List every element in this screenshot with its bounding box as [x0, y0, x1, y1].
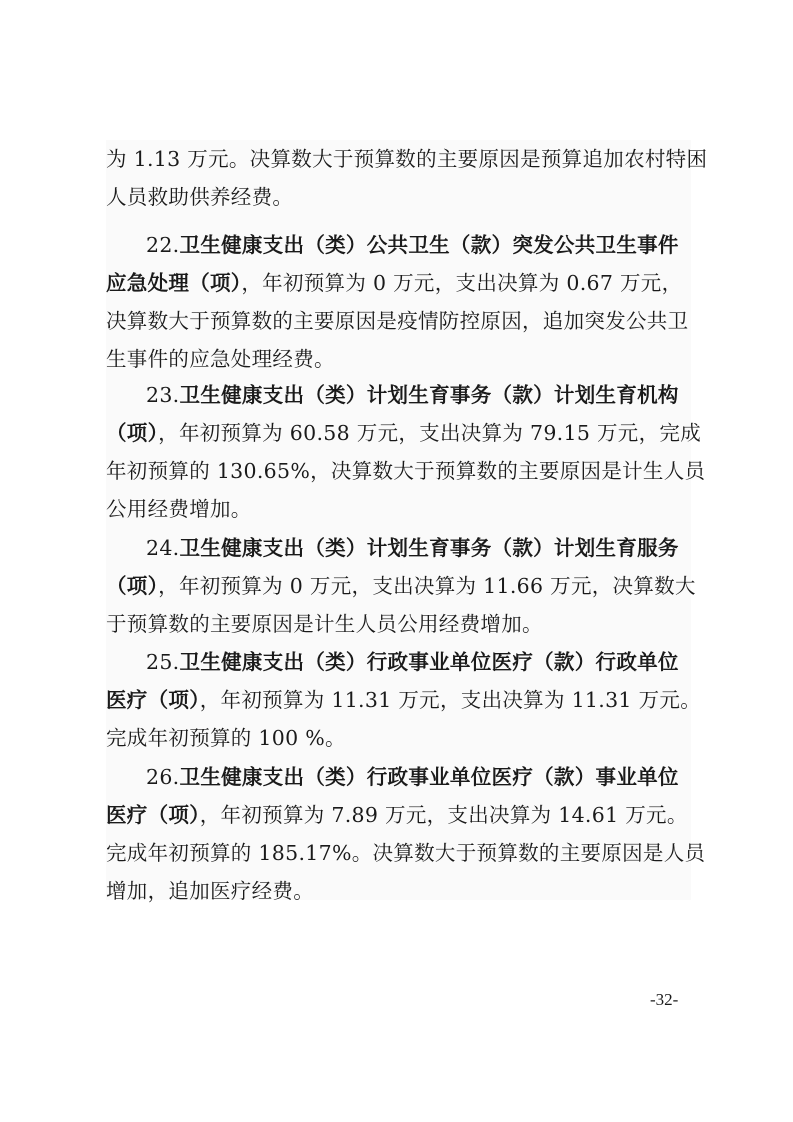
- body-text: 公用经费增加。: [106, 497, 252, 521]
- body-text: 25.: [146, 650, 180, 674]
- paragraph-heading-line: 22.卫生健康支出（类）公共卫生（款）突发公共卫生事件: [106, 226, 691, 264]
- body-text: 完成年初预算的 100 %。: [106, 726, 346, 750]
- text-line: 于预算数的主要原因是计生人员公用经费增加。: [106, 605, 691, 643]
- body-text: 26.: [146, 765, 180, 789]
- bold-text: 应急处理（项）: [106, 271, 241, 295]
- bold-text: （项）: [106, 574, 158, 598]
- bold-text: 医疗（项）: [106, 688, 200, 712]
- text-line: 生事件的应急处理经费。: [106, 340, 691, 378]
- text-line: 完成年初预算的 185.17%。决算数大于预算数的主要原因是人员: [106, 834, 691, 872]
- bold-text: （项）: [106, 421, 158, 445]
- body-text: 23.: [146, 383, 180, 407]
- paragraph-heading-line: 23.卫生健康支出（类）计划生育事务（款）计划生育机构: [106, 376, 691, 414]
- document-body: 为 1.13 万元。决算数大于预算数的主要原因是预算追加农村特困人员救助供养经费…: [106, 140, 691, 900]
- body-text: 24.: [146, 536, 180, 560]
- paragraph-heading-line: 26.卫生健康支出（类）行政事业单位医疗（款）事业单位: [106, 758, 691, 796]
- text-line: 医疗（项），年初预算为 11.31 万元，支出决算为 11.31 万元。: [106, 681, 691, 719]
- body-text: ，年初预算为 7.89 万元，支出决算为 14.61 万元。: [200, 803, 688, 827]
- body-text: 增加，追加医疗经费。: [106, 879, 314, 903]
- bold-text: 卫生健康支出（类）行政事业单位医疗（款）行政单位: [180, 650, 679, 674]
- bold-text: 卫生健康支出（类）计划生育事务（款）计划生育机构: [180, 383, 679, 407]
- body-text: 22.: [146, 233, 180, 257]
- bold-text: 卫生健康支出（类）行政事业单位医疗（款）事业单位: [180, 765, 679, 789]
- text-line: 应急处理（项），年初预算为 0 万元，支出决算为 0.67 万元，: [106, 264, 691, 302]
- text-line: 增加，追加医疗经费。: [106, 872, 691, 910]
- bold-text: 医疗（项）: [106, 803, 200, 827]
- body-text: ，年初预算为 0 万元，支出决算为 0.67 万元，: [241, 271, 682, 295]
- body-text: 为 1.13 万元。决算数大于预算数的主要原因是预算追加农村特困: [106, 147, 707, 171]
- text-line: 年初预算的 130.65%，决算数大于预算数的主要原因是计生人员: [106, 452, 691, 490]
- page-number: -32-: [650, 990, 678, 1010]
- body-text: 生事件的应急处理经费。: [106, 347, 335, 371]
- paragraph-heading-line: 24.卫生健康支出（类）计划生育事务（款）计划生育服务: [106, 529, 691, 567]
- body-text: ，年初预算为 0 万元，支出决算为 11.66 万元，决算数大: [158, 574, 696, 598]
- text-line: 医疗（项），年初预算为 7.89 万元，支出决算为 14.61 万元。: [106, 796, 691, 834]
- body-text: ，年初预算为 11.31 万元，支出决算为 11.31 万元。: [200, 688, 701, 712]
- body-text: 于预算数的主要原因是计生人员公用经费增加。: [106, 612, 543, 636]
- body-text: 决算数大于预算数的主要原因是疫情防控原因，追加突发公共卫: [106, 309, 688, 333]
- text-line: 决算数大于预算数的主要原因是疫情防控原因，追加突发公共卫: [106, 302, 691, 340]
- body-text: 年初预算的 130.65%，决算数大于预算数的主要原因是计生人员: [106, 459, 705, 483]
- text-line: 人员救助供养经费。: [106, 178, 691, 216]
- bold-text: 卫生健康支出（类）公共卫生（款）突发公共卫生事件: [180, 233, 679, 257]
- text-line: 公用经费增加。: [106, 490, 691, 528]
- body-text: 人员救助供养经费。: [106, 185, 293, 209]
- text-line: 为 1.13 万元。决算数大于预算数的主要原因是预算追加农村特困: [106, 140, 691, 178]
- text-line: （项），年初预算为 0 万元，支出决算为 11.66 万元，决算数大: [106, 567, 691, 605]
- bold-text: 卫生健康支出（类）计划生育事务（款）计划生育服务: [180, 536, 679, 560]
- text-line: 完成年初预算的 100 %。: [106, 719, 691, 757]
- paragraph-heading-line: 25.卫生健康支出（类）行政事业单位医疗（款）行政单位: [106, 643, 691, 681]
- text-line: （项），年初预算为 60.58 万元，支出决算为 79.15 万元，完成: [106, 414, 691, 452]
- body-text: ，年初预算为 60.58 万元，支出决算为 79.15 万元，完成: [158, 421, 701, 445]
- body-text: 完成年初预算的 185.17%。决算数大于预算数的主要原因是人员: [106, 841, 705, 865]
